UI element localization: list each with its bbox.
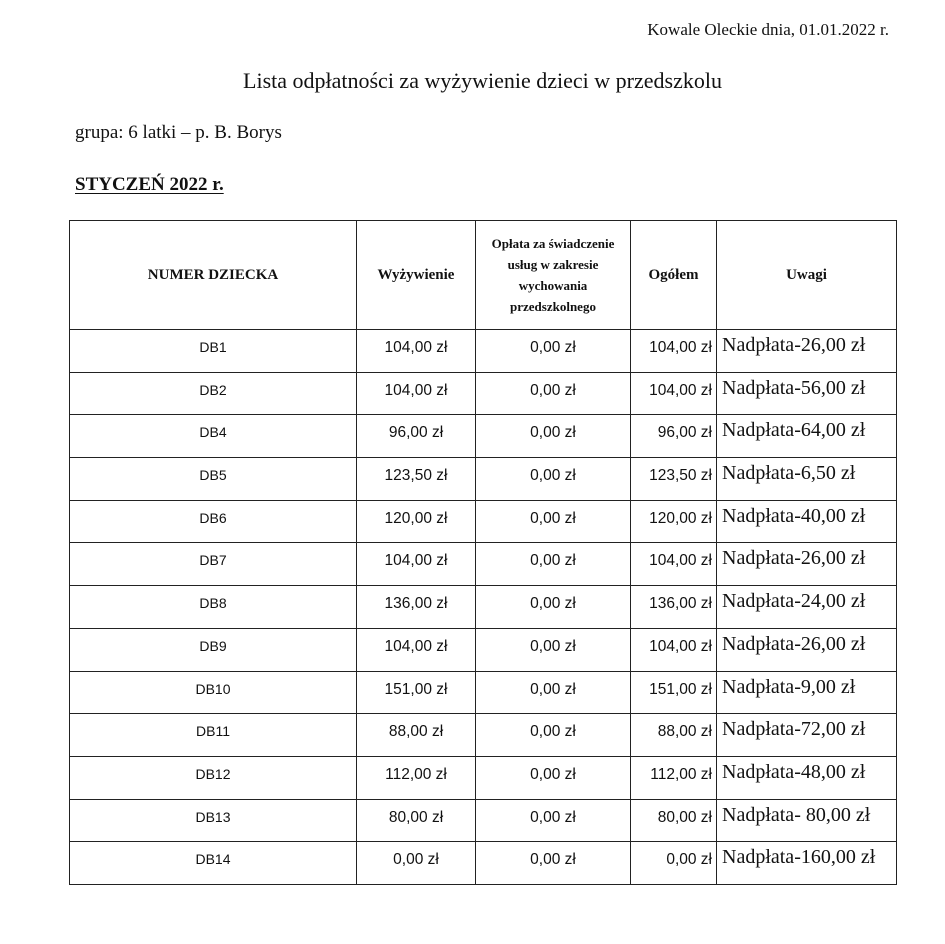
cell-total: 88,00 zł bbox=[631, 714, 717, 757]
cell-child-number: DB5 bbox=[70, 458, 357, 501]
cell-notes: Nadpłata-64,00 zł bbox=[717, 415, 897, 458]
cell-preschool-fee: 0,00 zł bbox=[476, 714, 631, 757]
table-row: DB140,00 zł0,00 zł0,00 złNadpłata-160,00… bbox=[70, 842, 897, 885]
cell-child-number: DB1 bbox=[70, 330, 357, 373]
cell-notes: Nadpłata-9,00 zł bbox=[717, 671, 897, 714]
cell-preschool-fee: 0,00 zł bbox=[476, 671, 631, 714]
cell-total: 120,00 zł bbox=[631, 500, 717, 543]
fees-table: NUMER DZIECKA Wyżywienie Opłata za świad… bbox=[69, 220, 897, 885]
cell-child-number: DB10 bbox=[70, 671, 357, 714]
cell-child-number: DB12 bbox=[70, 756, 357, 799]
cell-total: 112,00 zł bbox=[631, 756, 717, 799]
table-row: DB1104,00 zł0,00 zł104,00 złNadpłata-26,… bbox=[70, 330, 897, 373]
cell-total: 96,00 zł bbox=[631, 415, 717, 458]
table-row: DB496,00 zł0,00 zł96,00 złNadpłata-64,00… bbox=[70, 415, 897, 458]
table-row: DB9104,00 zł0,00 zł104,00 złNadpłata-26,… bbox=[70, 628, 897, 671]
cell-preschool-fee: 0,00 zł bbox=[476, 543, 631, 586]
place-date-line: Kowale Oleckie dnia, 01.01.2022 r. bbox=[647, 20, 889, 40]
cell-notes: Nadpłata-48,00 zł bbox=[717, 756, 897, 799]
cell-food: 104,00 zł bbox=[357, 543, 476, 586]
cell-preschool-fee: 0,00 zł bbox=[476, 372, 631, 415]
cell-total: 0,00 zł bbox=[631, 842, 717, 885]
cell-child-number: DB13 bbox=[70, 799, 357, 842]
cell-preschool-fee: 0,00 zł bbox=[476, 500, 631, 543]
cell-food: 104,00 zł bbox=[357, 372, 476, 415]
table-row: DB10151,00 zł0,00 zł151,00 złNadpłata-9,… bbox=[70, 671, 897, 714]
column-header-total: Ogółem bbox=[631, 221, 717, 330]
cell-food: 112,00 zł bbox=[357, 756, 476, 799]
cell-child-number: DB2 bbox=[70, 372, 357, 415]
cell-notes: Nadpłata-26,00 zł bbox=[717, 628, 897, 671]
cell-total: 104,00 zł bbox=[631, 372, 717, 415]
table-row: DB7104,00 zł0,00 zł104,00 złNadpłata-26,… bbox=[70, 543, 897, 586]
group-line: grupa: 6 latki – p. B. Borys bbox=[75, 122, 282, 144]
cell-food: 123,50 zł bbox=[357, 458, 476, 501]
cell-food: 0,00 zł bbox=[357, 842, 476, 885]
cell-child-number: DB11 bbox=[70, 714, 357, 757]
table-row: DB12112,00 zł0,00 zł112,00 złNadpłata-48… bbox=[70, 756, 897, 799]
cell-total: 104,00 zł bbox=[631, 330, 717, 373]
cell-preschool-fee: 0,00 zł bbox=[476, 628, 631, 671]
cell-notes: Nadpłata- 80,00 zł bbox=[717, 799, 897, 842]
cell-total: 136,00 zł bbox=[631, 586, 717, 629]
cell-preschool-fee: 0,00 zł bbox=[476, 458, 631, 501]
column-header-notes: Uwagi bbox=[717, 221, 897, 330]
cell-notes: Nadpłata-56,00 zł bbox=[717, 372, 897, 415]
document-title: Lista odpłatności za wyżywienie dzieci w… bbox=[0, 68, 945, 94]
column-header-preschool-fee: Opłata za świadczenie usług w zakresie w… bbox=[476, 221, 631, 330]
cell-preschool-fee: 0,00 zł bbox=[476, 756, 631, 799]
table-row: DB2104,00 zł0,00 zł104,00 złNadpłata-56,… bbox=[70, 372, 897, 415]
cell-notes: Nadpłata-40,00 zł bbox=[717, 500, 897, 543]
table-row: DB6120,00 zł0,00 zł120,00 złNadpłata-40,… bbox=[70, 500, 897, 543]
cell-total: 104,00 zł bbox=[631, 543, 717, 586]
cell-total: 123,50 zł bbox=[631, 458, 717, 501]
cell-child-number: DB8 bbox=[70, 586, 357, 629]
cell-notes: Nadpłata-26,00 zł bbox=[717, 543, 897, 586]
cell-notes: Nadpłata-160,00 zł bbox=[717, 842, 897, 885]
cell-notes: Nadpłata-6,50 zł bbox=[717, 458, 897, 501]
cell-food: 151,00 zł bbox=[357, 671, 476, 714]
cell-food: 88,00 zł bbox=[357, 714, 476, 757]
cell-total: 151,00 zł bbox=[631, 671, 717, 714]
cell-food: 104,00 zł bbox=[357, 628, 476, 671]
month-heading: STYCZEŃ 2022 r. bbox=[75, 174, 224, 196]
column-header-food: Wyżywienie bbox=[357, 221, 476, 330]
table-body: DB1104,00 zł0,00 zł104,00 złNadpłata-26,… bbox=[70, 330, 897, 885]
cell-preschool-fee: 0,00 zł bbox=[476, 842, 631, 885]
cell-notes: Nadpłata-24,00 zł bbox=[717, 586, 897, 629]
cell-food: 120,00 zł bbox=[357, 500, 476, 543]
cell-food: 104,00 zł bbox=[357, 330, 476, 373]
cell-preschool-fee: 0,00 zł bbox=[476, 799, 631, 842]
column-header-child-number: NUMER DZIECKA bbox=[70, 221, 357, 330]
table-header-row: NUMER DZIECKA Wyżywienie Opłata za świad… bbox=[70, 221, 897, 330]
cell-total: 104,00 zł bbox=[631, 628, 717, 671]
table-row: DB1188,00 zł0,00 zł88,00 złNadpłata-72,0… bbox=[70, 714, 897, 757]
cell-child-number: DB9 bbox=[70, 628, 357, 671]
cell-food: 80,00 zł bbox=[357, 799, 476, 842]
cell-child-number: DB7 bbox=[70, 543, 357, 586]
cell-child-number: DB4 bbox=[70, 415, 357, 458]
cell-total: 80,00 zł bbox=[631, 799, 717, 842]
cell-notes: Nadpłata-26,00 zł bbox=[717, 330, 897, 373]
cell-preschool-fee: 0,00 zł bbox=[476, 330, 631, 373]
table-row: DB1380,00 zł0,00 zł80,00 złNadpłata- 80,… bbox=[70, 799, 897, 842]
cell-child-number: DB6 bbox=[70, 500, 357, 543]
cell-food: 136,00 zł bbox=[357, 586, 476, 629]
cell-notes: Nadpłata-72,00 zł bbox=[717, 714, 897, 757]
cell-preschool-fee: 0,00 zł bbox=[476, 586, 631, 629]
cell-preschool-fee: 0,00 zł bbox=[476, 415, 631, 458]
table-row: DB5123,50 zł0,00 zł123,50 złNadpłata-6,5… bbox=[70, 458, 897, 501]
cell-food: 96,00 zł bbox=[357, 415, 476, 458]
cell-child-number: DB14 bbox=[70, 842, 357, 885]
table-row: DB8136,00 zł0,00 zł136,00 złNadpłata-24,… bbox=[70, 586, 897, 629]
